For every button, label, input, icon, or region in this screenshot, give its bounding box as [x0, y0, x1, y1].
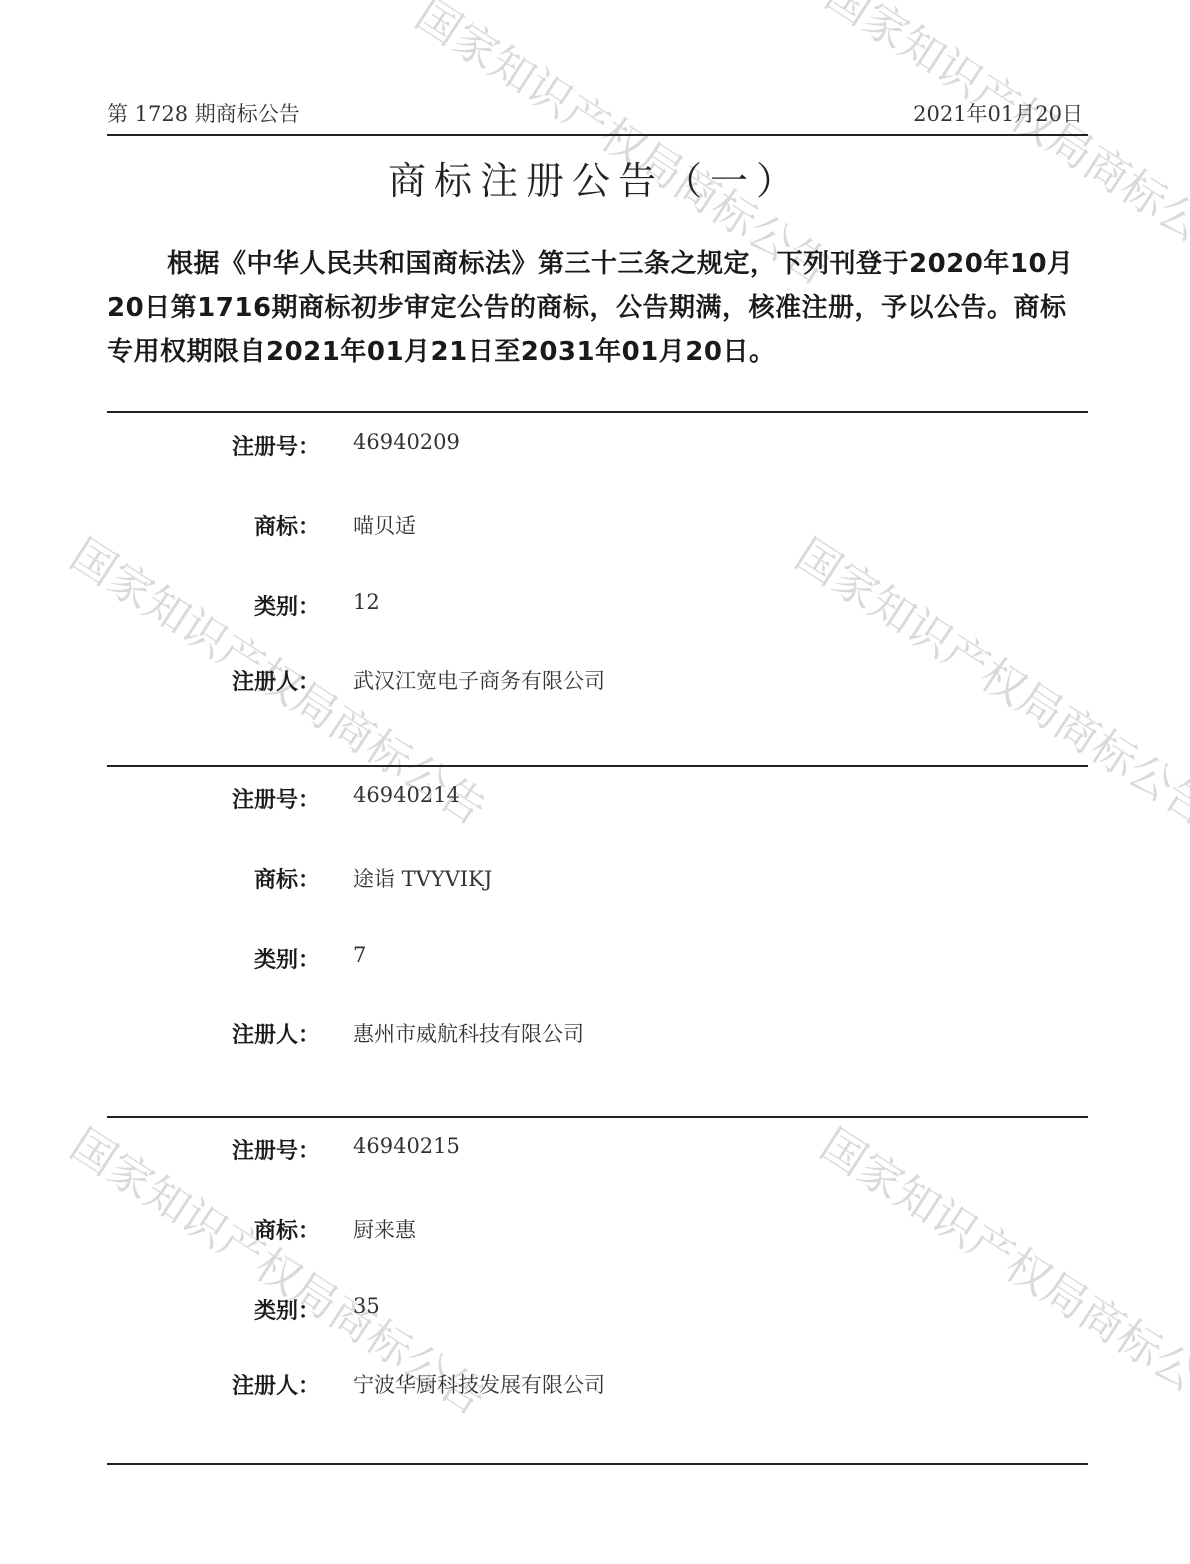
issue-number: 第 1728 期商标公告: [107, 98, 300, 128]
section-divider: [107, 1463, 1088, 1465]
class-row: 类别： 7: [0, 943, 1190, 973]
reg-no-row: 注册号： 46940209: [0, 430, 1190, 460]
intro-paragraph: 根据《中华人民共和国商标法》第三十三条之规定，下列刊登于2020年10月20日第…: [107, 242, 1087, 374]
registrant-row: 注册人： 惠州市威航科技有限公司: [0, 1018, 1190, 1048]
page-title: 商标注册公告（一）: [0, 150, 1190, 205]
registrant-value: 惠州市威航科技有限公司: [353, 1018, 584, 1048]
mark-value: 厨来惠: [353, 1214, 416, 1244]
reg-no-value: 46940215: [353, 1134, 460, 1158]
reg-no-value: 46940214: [353, 783, 460, 807]
reg-no-label: 注册号：: [232, 783, 320, 814]
registrant-row: 注册人： 宁波华厨科技发展有限公司: [0, 1369, 1190, 1399]
section-divider: [107, 765, 1088, 767]
class-value: 12: [353, 590, 380, 614]
class-row: 类别： 35: [0, 1294, 1190, 1324]
mark-label: 商标：: [254, 510, 320, 541]
class-label: 类别：: [254, 590, 320, 621]
class-label: 类别：: [254, 943, 320, 974]
registrant-label: 注册人：: [232, 1018, 320, 1049]
class-value: 7: [353, 943, 366, 967]
class-row: 类别： 12: [0, 590, 1190, 620]
publication-date: 2021年01月20日: [913, 98, 1083, 128]
mark-row: 商标： 厨来惠: [0, 1214, 1190, 1244]
reg-no-label: 注册号：: [232, 430, 320, 461]
mark-row: 商标： 途诣 TVYVIKJ: [0, 863, 1190, 893]
registrant-label: 注册人：: [232, 665, 320, 696]
registrant-label: 注册人：: [232, 1369, 320, 1400]
mark-value: 喵贝适: [353, 510, 416, 540]
watermark: 国家知识产权局商标公告: [815, 0, 1190, 277]
section-divider: [107, 411, 1088, 413]
registrant-row: 注册人： 武汉江宽电子商务有限公司: [0, 665, 1190, 695]
class-value: 35: [353, 1294, 380, 1318]
header-divider: [107, 134, 1088, 136]
mark-label: 商标：: [254, 863, 320, 894]
mark-value: 途诣 TVYVIKJ: [353, 863, 492, 893]
reg-no-label: 注册号：: [232, 1134, 320, 1165]
class-label: 类别：: [254, 1294, 320, 1325]
section-divider: [107, 1116, 1088, 1118]
registrant-value: 武汉江宽电子商务有限公司: [353, 665, 605, 695]
registrant-value: 宁波华厨科技发展有限公司: [353, 1369, 605, 1399]
reg-no-row: 注册号： 46940215: [0, 1134, 1190, 1164]
reg-no-row: 注册号： 46940214: [0, 783, 1190, 813]
mark-label: 商标：: [254, 1214, 320, 1245]
reg-no-value: 46940209: [353, 430, 460, 454]
mark-row: 商标： 喵贝适: [0, 510, 1190, 540]
